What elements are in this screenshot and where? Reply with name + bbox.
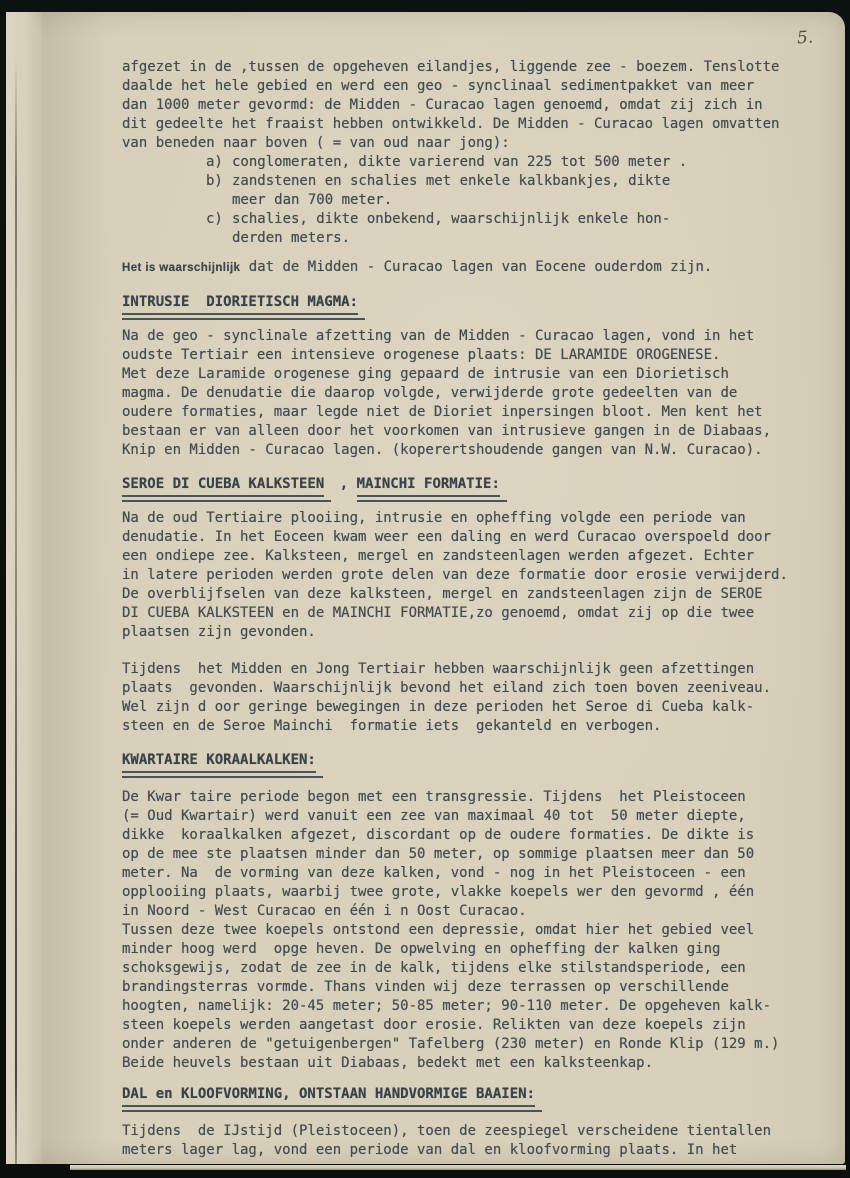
scanned-book-photo: 5. afgezet in de ,tussen de opgeheven ei… <box>0 0 850 1178</box>
list-item-label: a) <box>206 153 232 172</box>
heading-double-underline: SEROE DI CUEBA KALKSTEEN <box>122 475 331 502</box>
paragraph-intro: afgezet in de ,tussen de opgeheven eilan… <box>122 58 821 153</box>
list-item-text: schalies, dikte onbekend, waarschijnlijk… <box>232 210 670 248</box>
paragraph-kwartair: De Kwar taire periode begon met een tran… <box>122 788 821 1073</box>
list-item: c) schalies, dikte onbekend, waarschijnl… <box>206 210 821 248</box>
heading-double-underline: DAL en KLOOFVORMING, ONTSTAAN HANDVORMIG… <box>122 1085 542 1112</box>
list-item-label: c) <box>206 210 232 248</box>
list-item: b) zandstenen en schalies met enkele kal… <box>206 172 821 210</box>
page: 5. afgezet in de ,tussen de opgeheven ei… <box>6 12 845 1164</box>
layer-list: a) conglomeraten, dikte varierend van 22… <box>206 153 821 248</box>
section-heading-kwartair: KWARTAIRE KORAALKALKEN: <box>122 751 821 778</box>
heading-double-underline: MAINCHI FORMATIE: <box>357 475 507 502</box>
paragraph-dal: Tijdens de IJstijd (Pleistoceen), toen d… <box>122 1122 821 1160</box>
section-heading-intrusie: INTRUSIE DIORIETISCH MAGMA: <box>122 293 821 320</box>
age-note-text: dat de Midden - Curacao lagen van Eocene… <box>240 259 712 275</box>
heading-double-underline: KWARTAIRE KORAALKALKEN: <box>122 751 323 778</box>
list-item-text: zandstenen en schalies met enkele kalkba… <box>232 172 670 210</box>
list-item-text: conglomeraten, dikte varierend van 225 t… <box>232 153 687 172</box>
section-heading-dal: DAL en KLOOFVORMING, ONTSTAAN HANDVORMIG… <box>122 1085 821 1112</box>
inserted-correction-note: Het is waarschijnlijk <box>122 262 240 274</box>
paragraph-seroe: Na de oud Tertiaire plooiing, intrusie e… <box>122 509 821 642</box>
heading-separator: , <box>331 476 356 492</box>
paragraph-intrusie: Na de geo - synclinale afzetting van de … <box>122 327 821 460</box>
paragraph-age-note: Het is waarschijnlijk dat de Midden - Cu… <box>122 258 821 278</box>
heading-double-underline: INTRUSIE DIORIETISCH MAGMA: <box>122 293 365 320</box>
page-content: afgezet in de ,tussen de opgeheven eilan… <box>6 12 845 1160</box>
section-heading-seroe: SEROE DI CUEBA KALKSTEEN , MAINCHI FORMA… <box>122 475 821 502</box>
list-item-label: b) <box>206 172 232 210</box>
list-item: a) conglomeraten, dikte varierend van 22… <box>206 153 821 172</box>
page-edge-bottom <box>70 1165 846 1170</box>
paragraph-tertiair: Tijdens het Midden en Jong Tertiair hebb… <box>122 660 821 736</box>
